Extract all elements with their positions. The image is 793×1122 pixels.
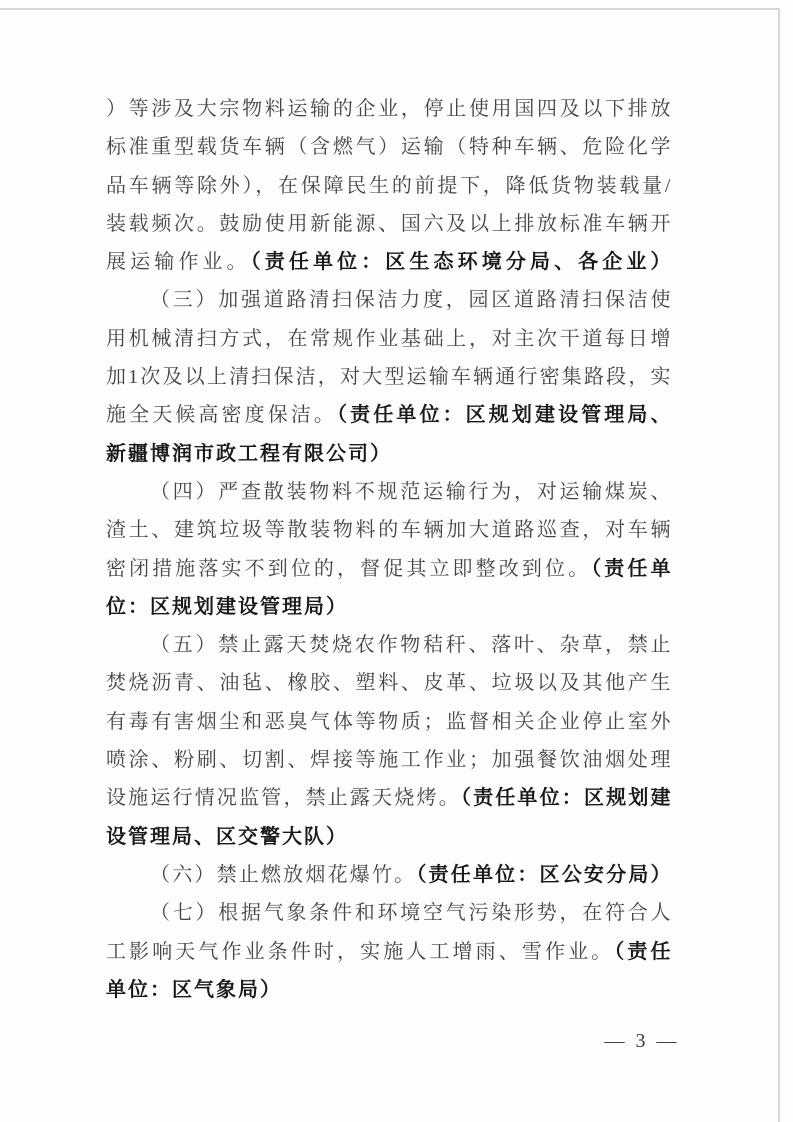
text-line: 标准重型载货车辆（含燃气）运输（特种车辆、危险化学 xyxy=(106,128,671,166)
body-text: 密闭措施落实不到位的，督促其立即整改到位。 xyxy=(106,558,591,580)
paragraph: （六）禁止燃放烟花爆竹。（责任单位：区公安分局） xyxy=(106,856,671,894)
body-text: （六）禁止燃放烟花爆竹。 xyxy=(150,864,416,886)
text-line: 装载频次。鼓励使用新能源、国六及以上排放标准车辆开 xyxy=(106,205,671,243)
page-number: — 3 — xyxy=(592,1030,692,1053)
text-line: 用机械清扫方式，在常规作业基础上，对主次干道每日增 xyxy=(106,320,671,358)
scanned-page: ）等涉及大宗物料运输的企业，停止使用国四及以下排放标准重型载货车辆（含燃气）运输… xyxy=(0,0,793,1122)
responsibility-unit-text: （责任单位：区公安分局） xyxy=(416,864,671,886)
responsibility-unit-text: 新疆博润市政工程有限公司） xyxy=(106,443,392,465)
text-line: 施全天候高密度保洁。（责任单位：区规划建设管理局、 xyxy=(106,396,671,434)
text-line: 设管理局、区交警大队） xyxy=(106,818,671,856)
text-line: 展运输作业。（责任单位：区生态环境分局、各企业） xyxy=(106,243,671,281)
text-line: 设施运行情况监管，禁止露天烧烤。（责任单位：区规划建 xyxy=(106,779,671,817)
text-line: 新疆博润市政工程有限公司） xyxy=(106,435,671,473)
paragraph: （五）禁止露天焚烧农作物秸秆、落叶、杂草，禁止焚烧沥青、油毡、橡胶、塑料、皮革、… xyxy=(106,626,671,856)
body-text: （七）根据气象条件和环境空气污染形势，在符合人 xyxy=(150,902,671,924)
scan-edge-right-line xyxy=(778,10,780,1122)
text-line: （七）根据气象条件和环境空气污染形势，在符合人 xyxy=(106,894,671,932)
responsibility-unit-text: 位：区规划建设管理局） xyxy=(106,596,348,618)
body-text: 渣土、建筑垃圾等散装物料的车辆加大道路巡查，对车辆 xyxy=(106,519,671,541)
text-line: （三）加强道路清扫保洁力度，园区道路清扫保洁使 xyxy=(106,281,671,319)
text-line: 焚烧沥青、油毡、橡胶、塑料、皮革、垃圾以及其他产生 xyxy=(106,664,671,702)
body-text: 标准重型载货车辆（含燃气）运输（特种车辆、危险化学 xyxy=(106,136,671,158)
body-text: （五）禁止露天焚烧农作物秸秆、落叶、杂草，禁止 xyxy=(150,634,671,656)
body-text: 设施运行情况监管，禁止露天烧烤。 xyxy=(106,787,461,809)
body-text: 施全天候高密度保洁。 xyxy=(106,404,337,426)
text-line: 工影响天气作业条件时，实施人工增雨、雪作业。（责任 xyxy=(106,933,671,971)
text-line: （五）禁止露天焚烧农作物秸秆、落叶、杂草，禁止 xyxy=(106,626,671,664)
text-line: 密闭措施落实不到位的，督促其立即整改到位。（责任单 xyxy=(106,550,671,588)
body-text: （四）严查散装物料不规范运输行为，对运输煤炭、 xyxy=(150,481,671,503)
body-text: 用机械清扫方式，在常规作业基础上，对主次干道每日增 xyxy=(106,328,671,350)
responsibility-unit-text: （责任单位：区规划建 xyxy=(461,787,671,809)
responsibility-unit-text: 单位：区气象局） xyxy=(106,979,282,1001)
body-text: 加1次及以上清扫保洁，对大型运输车辆通行密集路段，实 xyxy=(106,366,671,388)
text-line: （六）禁止燃放烟花爆竹。（责任单位：区公安分局） xyxy=(106,856,671,894)
body-text: ）等涉及大宗物料运输的企业，停止使用国四及以下排放 xyxy=(106,98,671,120)
text-line: 喷涂、粉刷、切割、焊接等施工作业；加强餐饮油烟处理 xyxy=(106,741,671,779)
responsibility-unit-text: （责任 xyxy=(614,941,671,963)
paragraph: （四）严查散装物料不规范运输行为，对运输煤炭、渣土、建筑垃圾等散装物料的车辆加大… xyxy=(106,473,671,626)
paragraph: ）等涉及大宗物料运输的企业，停止使用国四及以下排放标准重型载货车辆（含燃气）运输… xyxy=(106,90,671,281)
text-line: 品车辆等除外），在保障民生的前提下，降低货物装载量/ xyxy=(106,167,671,205)
body-text: 有毒有害烟尘和恶臭气体等物质；监督相关企业停止室外 xyxy=(106,711,671,733)
responsibility-unit-text: （责任单位：区生态环境分局、各企业） xyxy=(251,251,671,273)
text-line: 有毒有害烟尘和恶臭气体等物质；监督相关企业停止室外 xyxy=(106,703,671,741)
body-text: 装载频次。鼓励使用新能源、国六及以上排放标准车辆开 xyxy=(106,213,671,235)
text-line: ）等涉及大宗物料运输的企业，停止使用国四及以下排放 xyxy=(106,90,671,128)
scan-edge-top-line xyxy=(0,8,780,10)
body-text: 喷涂、粉刷、切割、焊接等施工作业；加强餐饮油烟处理 xyxy=(106,749,671,771)
body-text: 焚烧沥青、油毡、橡胶、塑料、皮革、垃圾以及其他产生 xyxy=(106,672,671,694)
responsibility-unit-text: （责任单位：区规划建设管理局、 xyxy=(337,404,671,426)
text-block: ）等涉及大宗物料运输的企业，停止使用国四及以下排放标准重型载货车辆（含燃气）运输… xyxy=(106,90,671,1009)
paragraph: （七）根据气象条件和环境空气污染形势，在符合人工影响天气作业条件时，实施人工增雨… xyxy=(106,894,671,1009)
text-line: （四）严查散装物料不规范运输行为，对运输煤炭、 xyxy=(106,473,671,511)
body-text: 品车辆等除外），在保障民生的前提下，降低货物装载量/ xyxy=(106,175,671,197)
text-line: 位：区规划建设管理局） xyxy=(106,588,671,626)
responsibility-unit-text: （责任单 xyxy=(591,558,671,580)
text-line: 加1次及以上清扫保洁，对大型运输车辆通行密集路段，实 xyxy=(106,358,671,396)
responsibility-unit-text: 设管理局、区交警大队） xyxy=(106,826,348,848)
text-line: 渣土、建筑垃圾等散装物料的车辆加大道路巡查，对车辆 xyxy=(106,511,671,549)
body-text: 工影响天气作业条件时，实施人工增雨、雪作业。 xyxy=(106,941,614,963)
body-text: （三）加强道路清扫保洁力度，园区道路清扫保洁使 xyxy=(150,289,671,311)
body-text: 展运输作业。 xyxy=(106,251,251,273)
paragraph: （三）加强道路清扫保洁力度，园区道路清扫保洁使用机械清扫方式，在常规作业基础上，… xyxy=(106,281,671,472)
text-line: 单位：区气象局） xyxy=(106,971,671,1009)
